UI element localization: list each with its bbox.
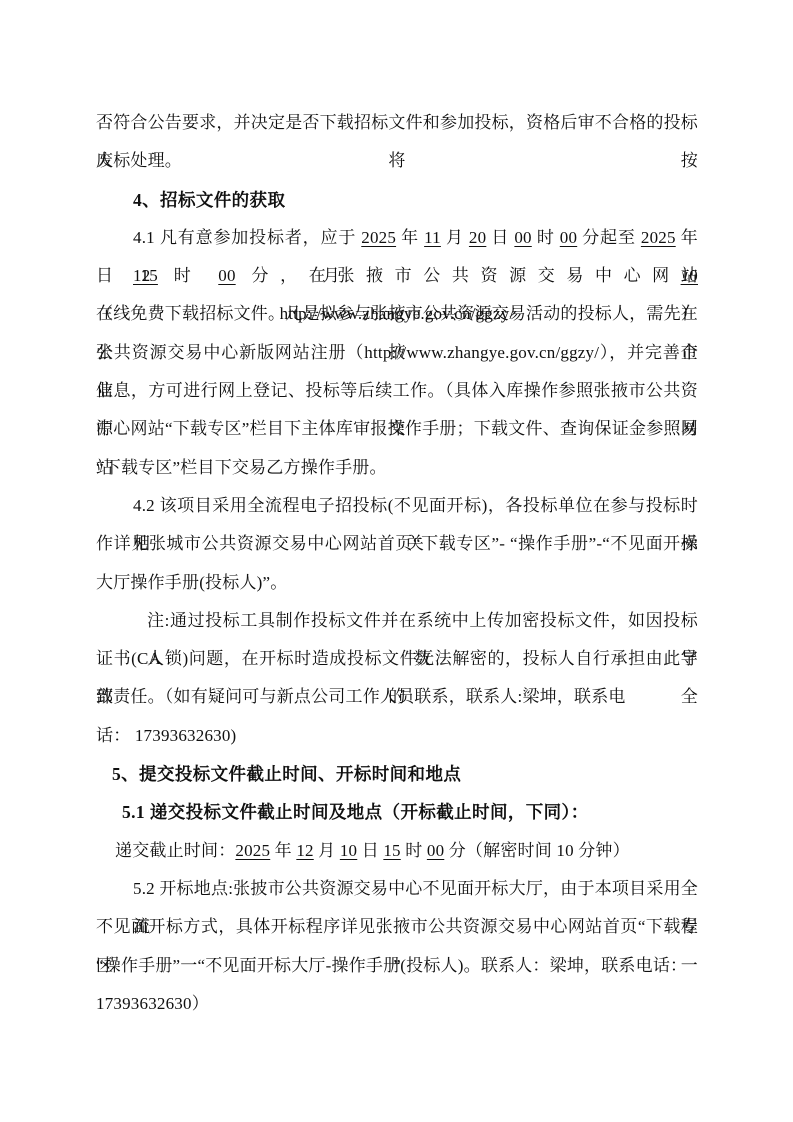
text-segment: 分（解密时间 10 分钟） bbox=[444, 841, 630, 860]
underlined-value: 00 bbox=[514, 228, 531, 247]
underlined-value: 10 bbox=[340, 841, 357, 860]
document-line: 在线免费下载招标文件。凡是拟参与张掖市公共资源交易活动的投标人，需先在张掖市 bbox=[96, 295, 698, 333]
section-heading-line: 5、提交投标文件截止时间、开标时间和地点 bbox=[96, 755, 698, 793]
document-line: 中心网站“下载专区”栏目下主体库审报操作手册；下载文件、查询保证金参照网站 bbox=[96, 410, 698, 448]
document-line: 17393632630） bbox=[96, 985, 698, 1023]
text-segment: 4.1 凡有意参加投标者，应于 bbox=[133, 228, 361, 247]
text-segment: 话： 17393632630) bbox=[96, 726, 236, 745]
document-line: 话： 17393632630) bbox=[96, 717, 698, 755]
text-segment: 日 bbox=[357, 841, 383, 860]
underlined-value: 00 bbox=[218, 266, 235, 285]
text-segment: 日 bbox=[96, 266, 141, 285]
document-line: 4.1 凡有意参加投标者，应于 2025 年 11 月 20 日 00 时 00… bbox=[96, 219, 698, 257]
document-line: 作详见张城市公共资源交易中心网站首页“下载专区”- “操作手册”-“不见面开标 bbox=[96, 525, 698, 563]
text-segment: 年 bbox=[270, 841, 296, 860]
document-line: 部责任。（如有疑问可与新点公司工作人员联系，联系人:梁坤，联系电 bbox=[96, 678, 698, 716]
text-segment: 否符合公告要求，并决定是否下载招标文件和参加投标，资格后审不合格的投标人将按 bbox=[96, 113, 698, 170]
text-segment: 大厅操作手册(投标人)”。 bbox=[96, 573, 287, 592]
underlined-value: 2025 bbox=[235, 841, 270, 860]
underlined-value: 2025 bbox=[361, 228, 396, 247]
underlined-value: 00 bbox=[560, 228, 577, 247]
document-line: 5.2 开标地点:张披市公共资源交易中心不见面开标大厅，由于本项目采用全流程 bbox=[96, 870, 698, 908]
text-segment: 分起至 bbox=[577, 228, 641, 247]
text-segment: 作详见张城市公共资源交易中心网站首页“下载专区”- “操作手册”-“不见面开标 bbox=[96, 534, 698, 553]
underlined-value: 15 bbox=[383, 841, 400, 860]
text-segment: 时 bbox=[158, 266, 218, 285]
text-segment: 递交截止时间： bbox=[115, 841, 235, 860]
document-page: 否符合公告要求，并决定是否下载招标文件和参加投标，资格后审不合格的投标人将按废标… bbox=[0, 0, 793, 1122]
document-line: 信息，方可进行网上登记、投标等后续工作。（具体入库操作参照张掖市公共资源交易 bbox=[96, 372, 698, 410]
text-segment: 5.1 递交投标文件截止时间及地点（开标截止时间，下同）： bbox=[122, 802, 589, 822]
document-line: 公共资源交易中心新版网站注册（http://www.zhangye.gov.cn… bbox=[96, 334, 698, 372]
text-segment: 5、提交投标文件截止时间、开标时间和地点 bbox=[112, 764, 461, 784]
document-text-block: 否符合公告要求，并决定是否下载招标文件和参加投标，资格后审不合格的投标人将按废标… bbox=[96, 104, 698, 1023]
text-segment: 日 bbox=[486, 228, 514, 247]
text-segment: “下载专区”栏目下交易乙方操作手册。 bbox=[96, 458, 387, 477]
document-line: 否符合公告要求，并决定是否下载招标文件和参加投标，资格后审不合格的投标人将按 bbox=[96, 104, 698, 142]
text-segment: 年 bbox=[676, 228, 698, 247]
underlined-value: 00 bbox=[427, 841, 444, 860]
document-line: 证书(CA 锁)问题，在开标时造成投标文件无法解密的，投标人自行承担由此导致的全 bbox=[96, 640, 698, 678]
text-segment: 时 bbox=[532, 228, 560, 247]
text-segment: 年 bbox=[396, 228, 424, 247]
document-line: 4.2 该项目采用全流程电子招投标(不见面开标)，各投标单位在参与投标时相关操 bbox=[96, 487, 698, 525]
text-segment: 17393632630） bbox=[96, 994, 209, 1013]
underlined-value: 15 bbox=[141, 266, 158, 285]
underlined-value: 2025 bbox=[641, 228, 676, 247]
text-segment: 时 bbox=[401, 841, 427, 860]
document-line: 注:通过投标工具制作投标文件并在系统中上传加密投标文件，如因投标人数字 bbox=[96, 602, 698, 640]
document-line: 不见面开标方式，具体开标程序详见张掖市公共资源交易中心网站首页“下载专区”一 bbox=[96, 908, 698, 946]
document-line: “操作手册”一“不见面开标大厅-操作手册(投标人)。联系人：梁坤，联系电话： bbox=[96, 947, 698, 985]
text-segment: “操作手册”一“不见面开标大厅-操作手册(投标人)。联系人：梁坤，联系电话： bbox=[96, 956, 687, 975]
underlined-value: 11 bbox=[424, 228, 441, 247]
text-segment: 月 bbox=[314, 841, 340, 860]
document-line: 递交截止时间：2025 年 12 月 10 日 15 时 00 分（解密时间 1… bbox=[96, 832, 698, 870]
underlined-value: 20 bbox=[469, 228, 486, 247]
section-heading-line: 4、招标文件的获取 bbox=[96, 181, 698, 219]
text-segment: 废标处理。 bbox=[96, 151, 182, 170]
text-segment: 月 bbox=[441, 228, 469, 247]
section-heading-line: 5.1 递交投标文件截止时间及地点（开标截止时间，下同）： bbox=[96, 793, 698, 831]
document-line: 大厅操作手册(投标人)”。 bbox=[96, 564, 698, 602]
underlined-value: 12 bbox=[296, 841, 313, 860]
document-line: 日 15 时 00 分，在张掖市公共资源交易中心网站（http://www.zh… bbox=[96, 257, 698, 295]
document-line: “下载专区”栏目下交易乙方操作手册。 bbox=[96, 449, 698, 487]
text-segment: 4、招标文件的获取 bbox=[133, 190, 285, 210]
text-segment: 部责任。（如有疑问可与新点公司工作人员联系，联系人:梁坤，联系电 bbox=[96, 687, 626, 706]
